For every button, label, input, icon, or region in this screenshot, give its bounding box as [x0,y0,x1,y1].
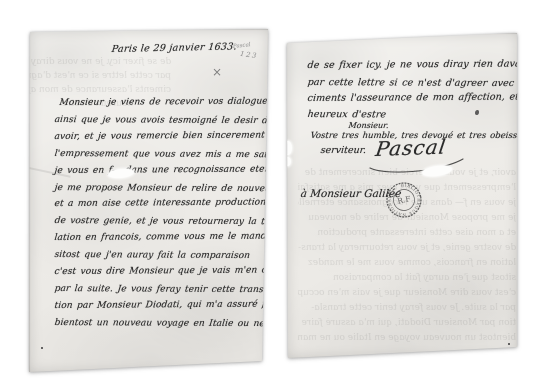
manuscript-line: ciments l'asseurance de mon affection, e… [307,91,545,104]
pencil-x-mark: × [212,65,222,79]
stamp-center-initials: R.F [397,194,412,206]
manuscript-line: lation en francois, comme vous me le man… [54,231,277,243]
manuscript-line: avoir, et je vous remercie bien sincerem… [54,130,281,142]
manuscript-line: je vous en f— dans une recognoissance et… [54,164,292,176]
bleedthrough-line: tion par Monsieur Diodati, qui m'a assur… [297,318,516,328]
paper-damage-spot [285,157,291,166]
manuscript-line: c'est vous dire Monsieur que je vais m'e… [54,265,290,277]
archival-annotation-name: Pascal [233,42,251,50]
manuscript-line: ainsi que je vous avois tesmoigné le des… [54,115,291,126]
manuscript-scan: de se fixer icy. je ne vous diray rien d… [0,0,545,384]
manuscript-line: tion par Monsieur Diodati, qui m'a assur… [54,299,284,311]
manuscript-line: Monsieur je viens de recevoir vos dialog… [59,97,273,108]
corner-dot-right [508,343,510,345]
manuscript-line: bientost un nouveau voyage en Italie ou … [54,318,317,329]
bleedthrough-line: de se fixer icy. je ne vous diray rien d… [22,57,171,67]
bleedthrough-line: c'est vous dire Monsieur que je vais m'e… [297,288,516,298]
valediction-line-2: serviteur. [320,145,367,156]
bleedthrough-line: sitost que j'en auray fait la comparaiso… [297,273,516,283]
corner-dot-left [41,347,43,349]
salutation: Monsieur. [348,121,389,130]
bleedthrough-line: bientost un nouveau voyage en Italie ou … [297,333,516,343]
right-page-wrapper: avoir, et je vous remercie bien sincerem… [286,33,518,359]
bleedthrough-line: par cette lettre si ce n'est d'agreer av… [22,71,171,81]
manuscript-line: de vostre genie, et je vous retourneray … [54,216,289,227]
paper-damage-spot [284,141,292,155]
manuscript-line: l'empressement que vous avez mis a me sa… [54,149,298,160]
bleedthrough-line: lation en francois, comme vous me le man… [297,258,516,268]
archival-annotation-number: 123 [240,50,259,60]
manuscript-line: par cette lettre si ce n'est d'agreer av… [307,77,545,89]
bleedthrough-line: et a mon aise cette interessante product… [297,228,516,238]
ink-blot [475,110,479,115]
manuscript-line: de se fixer icy. je ne vous diray rien d… [307,58,545,71]
dateline: Paris le 29 janvier 1633. [111,41,238,55]
left-page: de se fixer icy. je ne vous diray rien d… [29,29,269,373]
manuscript-line: heureux d'estre [307,109,387,120]
manuscript-line: par la suite. Je vous feray tenir cette … [54,284,276,295]
left-page-wrapper: de se fixer icy. je ne vous diray rien d… [29,29,269,373]
manuscript-line: je me propose Monsieur de relire de nouv… [54,183,277,194]
manuscript-line: sitost que j'en auray fait la comparaiso… [54,250,251,261]
bleedthrough-line: par la suite. Je vous feray tenir cette … [297,303,516,313]
library-stamp-icon: BIBLIOTHÈQUE NATIONALE R.F [381,177,426,222]
manuscript-line: et a mon aise cette interessante product… [54,198,267,209]
bleedthrough-line: de vostre genie, et je vous retourneray … [297,243,516,253]
bleedthrough-line: ciments l'asseurance de mon affection, e… [22,85,171,95]
right-page: avoir, et je vous remercie bien sincerem… [286,33,518,359]
